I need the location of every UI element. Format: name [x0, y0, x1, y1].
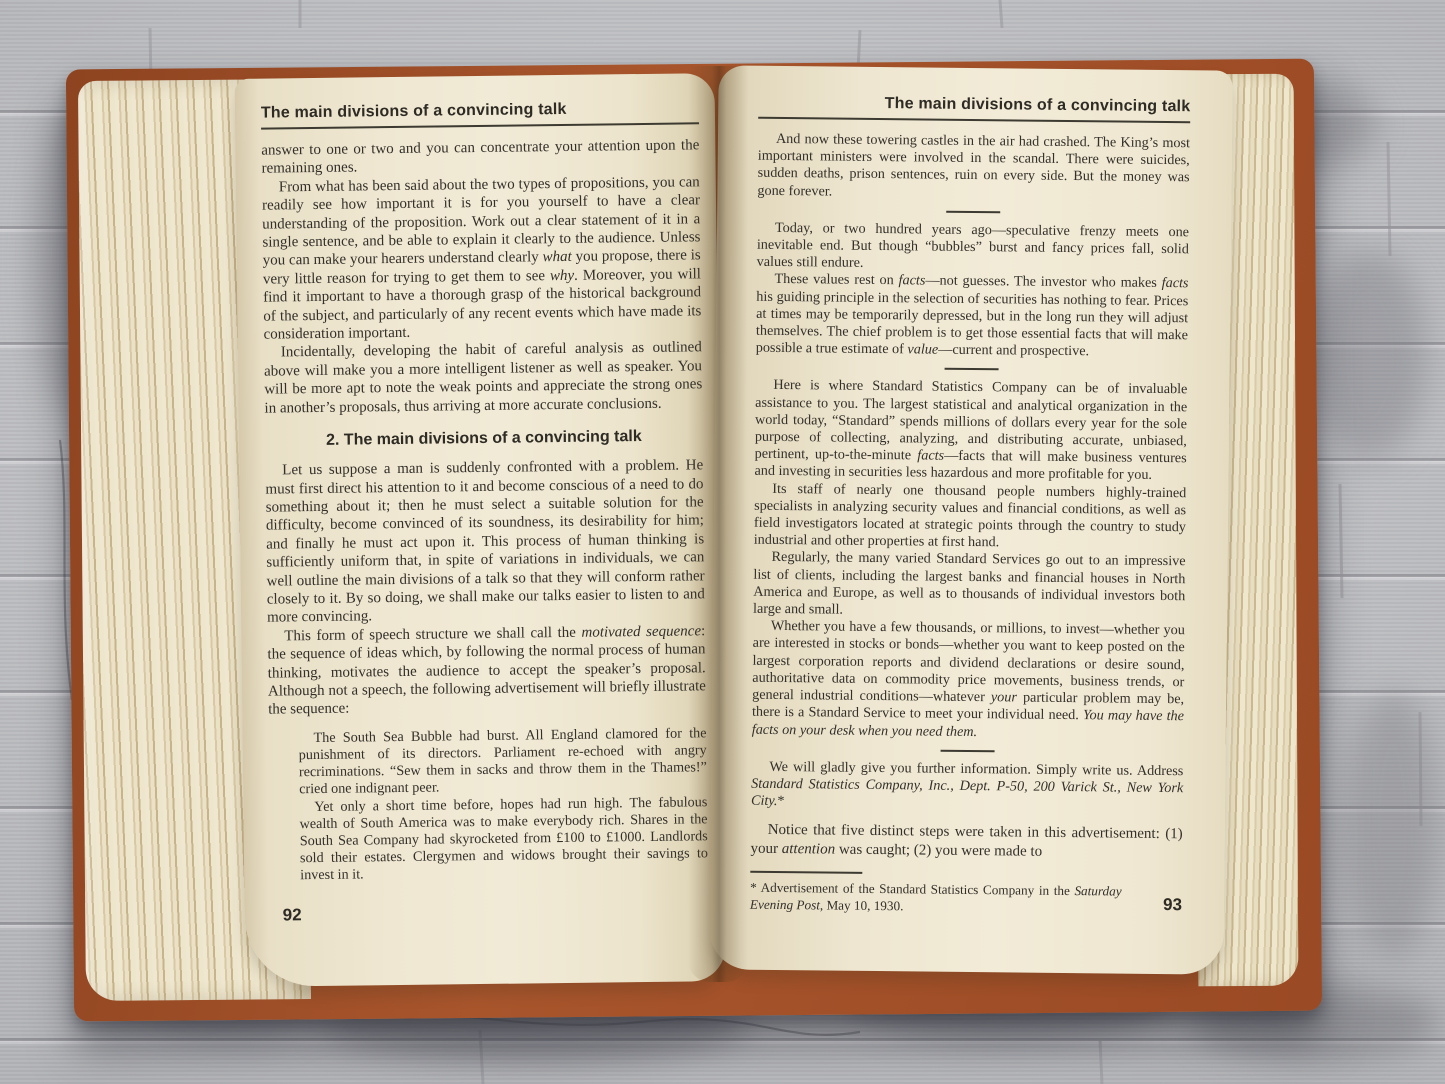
left-page: The main divisions of a convincing talk … — [234, 73, 725, 987]
quote-paragraph: Yet only a short time before, hopes had … — [299, 794, 708, 885]
section-divider-rule — [941, 749, 995, 752]
paragraph-crash: And now these towering castles in the ai… — [757, 131, 1190, 204]
footnote-text: * Advertisement of the Standard Statisti… — [750, 880, 1122, 917]
right-page: The main divisions of a convincing talk … — [709, 65, 1232, 974]
section-divider-rule — [946, 211, 1000, 214]
paragraph-today: Today, or two hundred years ago—speculat… — [757, 220, 1190, 276]
right-page-content: The main divisions of a convincing talk … — [750, 94, 1191, 918]
running-head-right: The main divisions of a convincing talk — [758, 94, 1190, 124]
open-book: The main divisions of a convincing talk … — [0, 0, 1445, 1084]
paragraph-incidentally: Incidentally, developing the habit of ca… — [264, 339, 703, 418]
page-number-left: 92 — [283, 900, 709, 925]
paragraph-continuation: answer to one or two and you can concent… — [261, 136, 699, 178]
paragraph-values: These values rest on facts—not guesses. … — [756, 271, 1189, 362]
paragraph-structure: This form of speech structure we shall c… — [267, 622, 706, 719]
footnote-rule — [750, 871, 862, 874]
paragraph-whether: Whether you have a few thousands, or mil… — [752, 618, 1185, 743]
section-divider-rule — [945, 368, 999, 371]
paragraph-standard: Here is where Standard Statistics Compan… — [754, 377, 1187, 485]
footnote-block: * Advertisement of the Standard Statisti… — [750, 871, 1182, 918]
advertisement-quote-block: The South Sea Bubble had burst. All Engl… — [298, 725, 708, 885]
left-page-content: The main divisions of a convincing talk … — [261, 99, 709, 925]
paragraph-services: Regularly, the many varied Standard Serv… — [753, 549, 1186, 622]
quote-paragraph: The South Sea Bubble had burst. All Engl… — [298, 725, 707, 799]
paragraph-proposition: From what has been said about the two ty… — [262, 173, 702, 344]
paragraph-write-us: We will gladly give you further informat… — [751, 758, 1184, 814]
page-number-right: 93 — [1163, 895, 1182, 915]
paragraph-staff: Its staff of nearly one thousand people … — [754, 480, 1187, 553]
running-head-left: The main divisions of a convincing talk — [261, 99, 699, 129]
paragraph-suppose: Let us suppose a man is suddenly confron… — [265, 456, 705, 627]
section-heading: 2. The main divisions of a convincing ta… — [265, 427, 703, 450]
paragraph-notice: Notice that five distinct steps were tak… — [750, 821, 1182, 863]
